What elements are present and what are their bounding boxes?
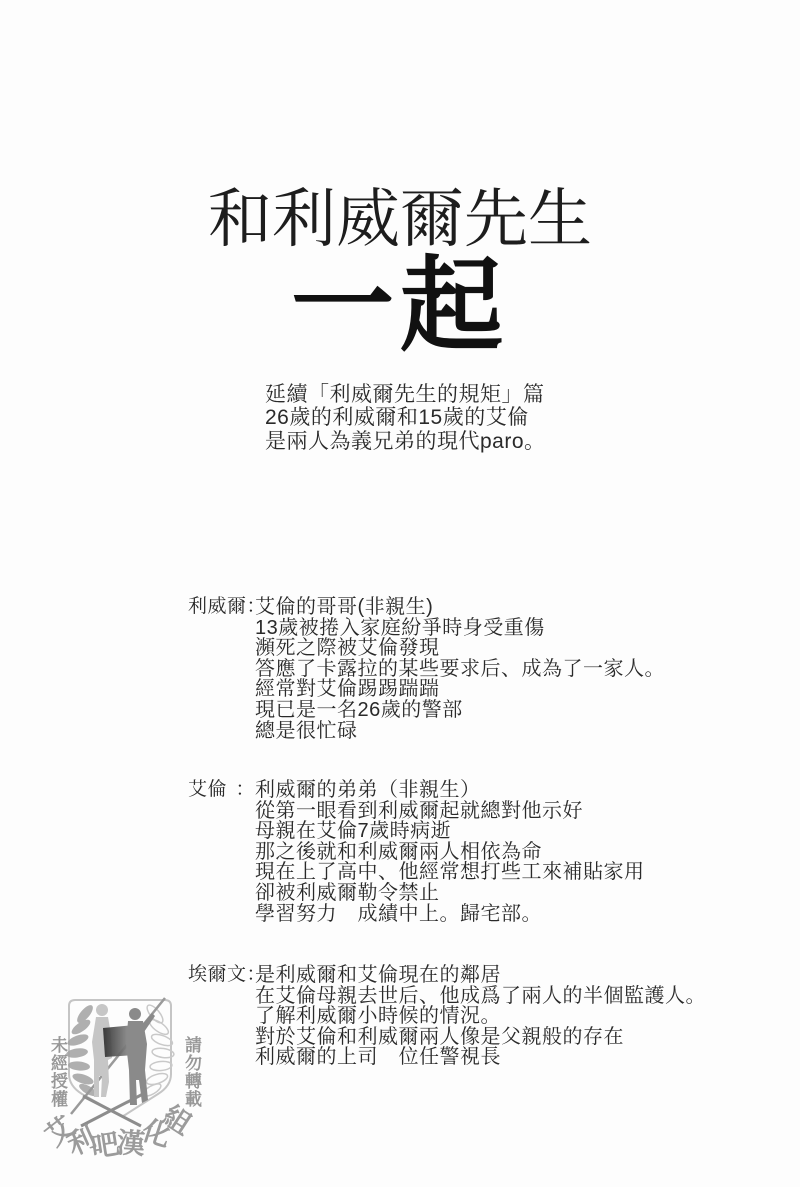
watermark-left-vertical-text: 未經授權 <box>45 1036 70 1108</box>
character-name-column: 利威爾 ： <box>188 597 255 618</box>
survey-corps-emblem-icon <box>55 984 195 1134</box>
description-line: 是利威爾和艾倫現在的鄰居 <box>255 965 706 986</box>
description-line: 卻被利威爾勒令禁止 <box>255 883 645 904</box>
doujinshi-page: 和利威爾先生 一起 延續「利威爾先生的規矩」篇 26歲的利威爾和15歲的艾倫 是… <box>0 0 800 1187</box>
character-block-levi: 利威爾 ： 艾倫的哥哥(非親生) 13歲被捲入家庭紛爭時身受重傷 瀕死之際被艾倫… <box>188 597 665 741</box>
description-line: 了解利威爾小時候的情況。 <box>255 1006 706 1027</box>
description-line: 在艾倫母親去世后、他成爲了兩人的半個監護人。 <box>255 986 706 1007</box>
character-name-column: 埃爾文 ： <box>188 965 255 986</box>
description-line: 總是很忙碌 <box>255 721 665 742</box>
description-line: 利威爾的上司 位任警視長 <box>255 1047 706 1068</box>
intro-line: 延續「利威爾先生的規矩」篇 <box>265 383 546 406</box>
character-block-eren: 艾倫 ： 利威爾的弟弟（非親生） 從第一眼看到利威爾起就總對他示好 母親在艾倫7… <box>188 780 645 924</box>
character-description: 利威爾的弟弟（非親生） 從第一眼看到利威爾起就總對他示好 母親在艾倫7歲時病逝 … <box>255 780 645 924</box>
description-line: 13歲被捲入家庭紛爭時身受重傷 <box>255 618 665 639</box>
character-description: 艾倫的哥哥(非親生) 13歲被捲入家庭紛爭時身受重傷 瀕死之際被艾倫發現 答應了… <box>255 597 665 741</box>
character-description: 是利威爾和艾倫現在的鄰居 在艾倫母親去世后、他成爲了兩人的半個監護人。 了解利威… <box>255 965 706 1068</box>
watermark-curved-char: 艾 <box>36 1106 83 1155</box>
intro-text: 延續「利威爾先生的規矩」篇 26歲的利威爾和15歲的艾倫 是兩人為義兄弟的現代p… <box>265 383 546 453</box>
character-name: 艾倫 <box>188 780 227 801</box>
character-name: 埃爾文 <box>188 965 247 986</box>
character-block-erwin: 埃爾文 ： 是利威爾和艾倫現在的鄰居 在艾倫母親去世后、他成爲了兩人的半個監護人… <box>188 965 706 1068</box>
description-line: 現在上了高中、他經常想打些工來補貼家用 <box>255 862 645 883</box>
description-line: 艾倫的哥哥(非親生) <box>255 597 665 618</box>
description-line: 母親在艾倫7歲時病逝 <box>255 821 645 842</box>
character-name: 利威爾 <box>188 597 247 618</box>
description-line: 利威爾的弟弟（非親生） <box>255 780 645 801</box>
watermark-curved-char: 吧 <box>88 1122 122 1166</box>
description-line: 對於艾倫和利威爾兩人像是父親般的存在 <box>255 1027 706 1048</box>
description-line: 經常對艾倫踢踢踹踹 <box>255 679 665 700</box>
character-name-column: 艾倫 ： <box>188 780 255 801</box>
description-line: 瀕死之際被艾倫發現 <box>255 638 665 659</box>
page-title: 和利威爾先生 <box>0 186 800 253</box>
description-line: 現已是一名26歲的警部 <box>255 700 665 721</box>
intro-line: 26歲的利威爾和15歲的艾倫 <box>265 406 546 429</box>
description-line: 那之後就和利威爾兩人相依為命 <box>255 842 645 863</box>
colon-separator: ： <box>235 780 255 801</box>
description-line: 學習努力 成績中上。歸宅部。 <box>255 904 645 925</box>
watermark-curved-char: 利 <box>60 1116 102 1164</box>
description-line: 從第一眼看到利威爾起就總對他示好 <box>255 801 645 822</box>
watermark-curved-char: 化 <box>137 1109 176 1156</box>
page-title-emphasis: 一起 <box>0 252 800 360</box>
watermark-curved-char: 組 <box>155 1095 200 1144</box>
description-line: 答應了卡露拉的某些要求后、成為了一家人。 <box>255 659 665 680</box>
watermark-curved-char: 漢 <box>116 1121 147 1163</box>
intro-line: 是兩人為義兄弟的現代paro。 <box>265 430 546 453</box>
